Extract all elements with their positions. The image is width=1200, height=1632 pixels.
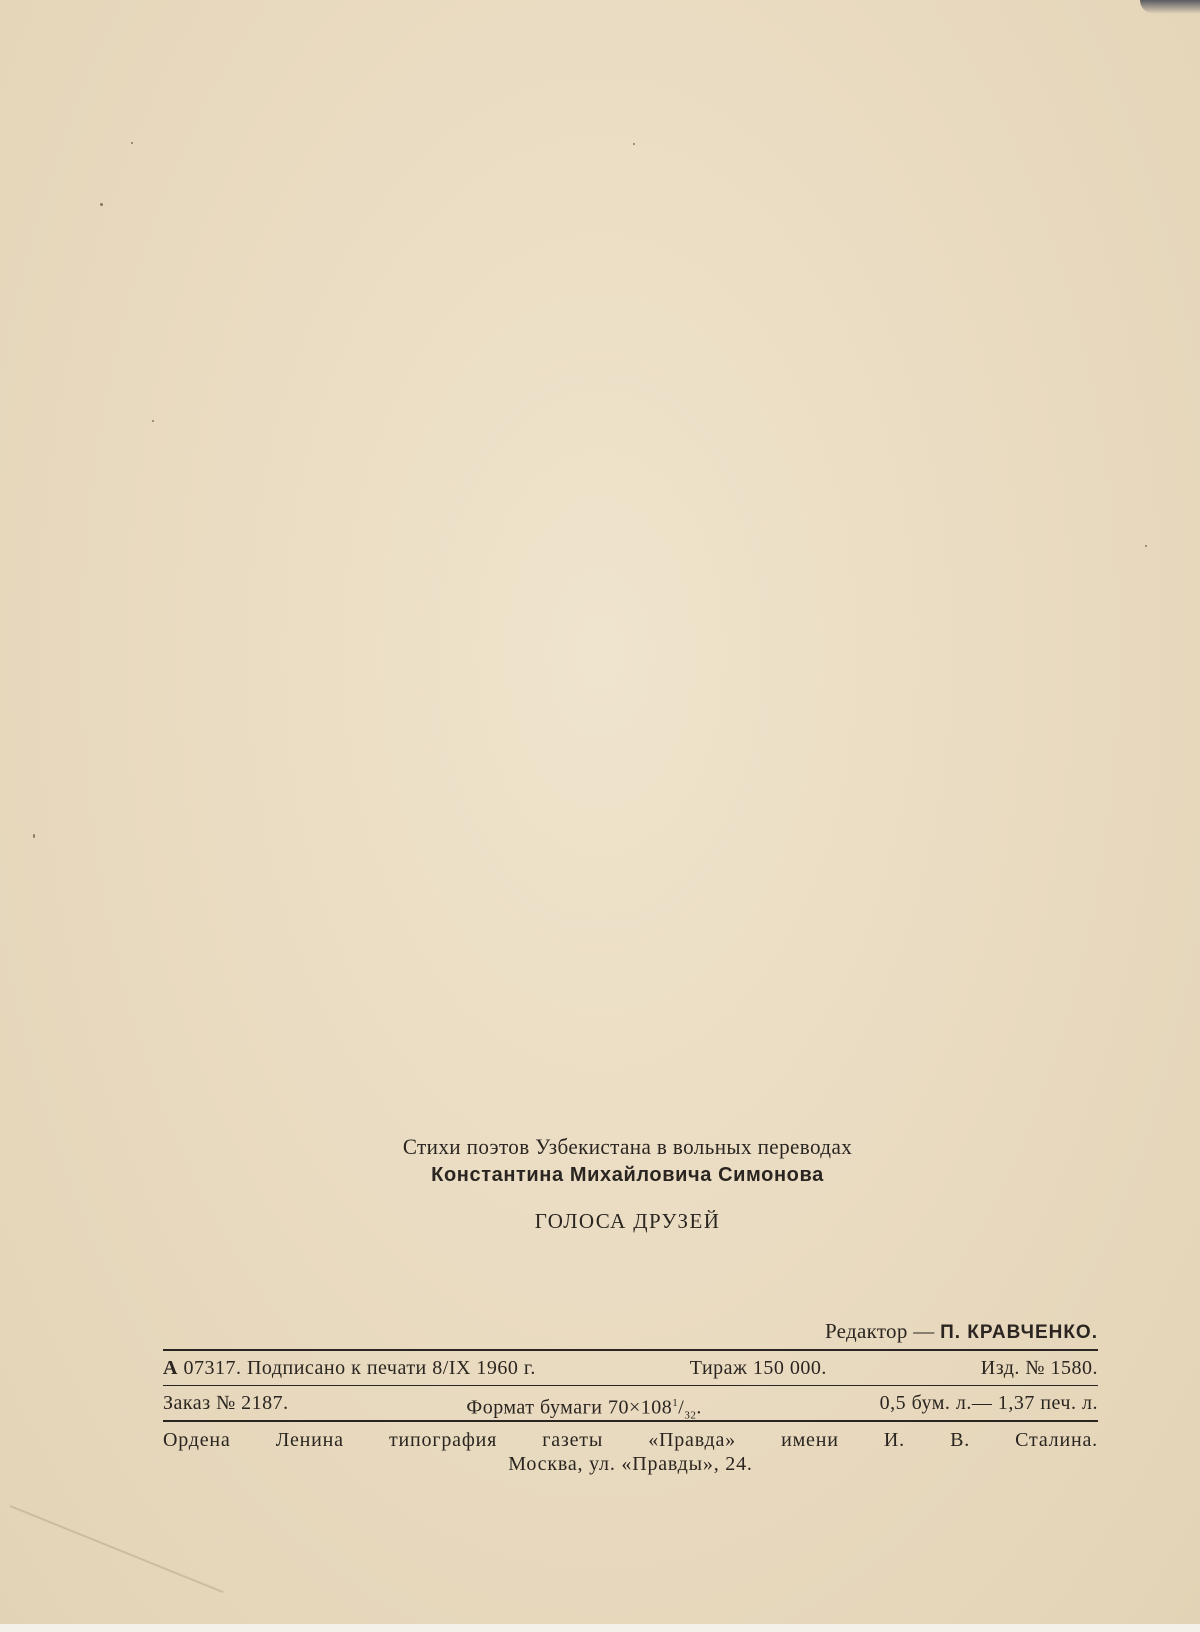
printer-name-line: ОрденаЛенинатипографиягазеты«Правда»имен… [163, 1428, 1098, 1452]
imprint-code-signed: 07317. Подписано к печати 8/IX 1960 г. [183, 1357, 535, 1379]
imprint-print-run: Тираж 150 000. [690, 1351, 827, 1385]
printer-address: Москва, ул. «Правды», 24. [163, 1452, 1098, 1476]
printer-word: И. [884, 1428, 905, 1452]
page-bottom-edge [0, 1624, 1200, 1632]
printer-word: газеты [542, 1428, 603, 1452]
printer-word: Ордена [163, 1428, 231, 1452]
page-corner-shadow [1140, 0, 1200, 14]
editor-name: П. КРАВЧЕНКО. [940, 1322, 1098, 1343]
imprint-row-signing: А 07317. Подписано к печати 8/IX 1960 г.… [163, 1351, 1098, 1385]
paper-speck [100, 203, 103, 206]
title-block: Стихи поэтов Узбекистана в вольных перев… [0, 1133, 1200, 1234]
printer-word: имени [781, 1428, 839, 1452]
imprint-publisher-number: Изд. № 1580. [981, 1351, 1098, 1385]
printer-word: типография [389, 1428, 497, 1452]
editor-label: Редактор — [825, 1319, 935, 1343]
paper-speck [152, 420, 154, 422]
paper-speck [33, 834, 35, 838]
paper-crease [10, 1505, 224, 1593]
imprint-rule [163, 1420, 1098, 1422]
printer-word: «Правда» [648, 1428, 736, 1452]
imprint-code-prefix: А [163, 1357, 178, 1379]
imprint-row-order: Заказ № 2187. Формат бумаги 70×1081/32. … [163, 1386, 1098, 1420]
paper-speck [1145, 545, 1147, 547]
translator-name: Константина Михайловича Симонова [0, 1161, 1200, 1189]
book-subtitle: Стихи поэтов Узбекистана в вольных перев… [25, 1133, 1200, 1161]
printer-info: ОрденаЛенинатипографиягазеты«Правда»имен… [163, 1428, 1098, 1476]
paper-speck [633, 143, 635, 145]
printer-word: Ленина [276, 1428, 344, 1452]
imprint-order-number: Заказ № 2187. [163, 1386, 289, 1420]
imprint-paper-format: Формат бумаги 70×1081/32. [466, 1386, 701, 1420]
printer-word: Сталина. [1015, 1428, 1098, 1452]
paper-speck [131, 142, 133, 144]
printer-word: В. [950, 1428, 970, 1452]
editor-line: Редактор — П. КРАВЧЕНКО. [163, 1313, 1098, 1349]
book-title: ГОЛОСА ДРУЗЕЙ [0, 1209, 1200, 1234]
imprint-block: Редактор — П. КРАВЧЕНКО. А 07317. Подпис… [163, 1313, 1098, 1476]
book-page: Стихи поэтов Узбекистана в вольных перев… [0, 0, 1200, 1632]
imprint-sheet-count: 0,5 бум. л.— 1,37 печ. л. [880, 1386, 1098, 1420]
